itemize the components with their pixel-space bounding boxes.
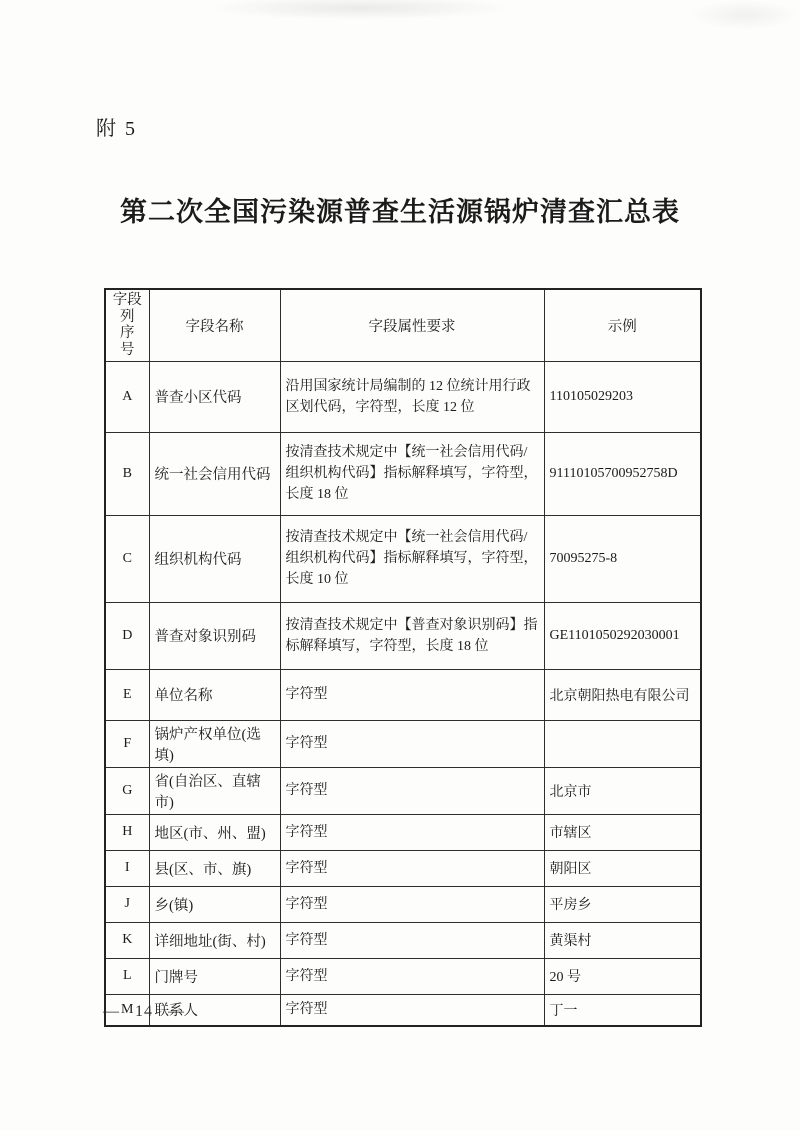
cell-example: 70095275-8: [544, 515, 701, 602]
cell-index: D: [105, 602, 149, 669]
cell-index: I: [105, 850, 149, 886]
table-body: A 普查小区代码 沿用国家统计局编制的 12 位统计用行政区划代码，字符型，长度…: [105, 361, 701, 1026]
cell-field-name: 组织机构代码: [149, 515, 280, 602]
table-row: M 联系人 字符型 丁一: [105, 994, 701, 1026]
table-row: K 详细地址(街、村) 字符型 黄渠村: [105, 922, 701, 958]
scan-artifact: [690, 0, 800, 30]
column-header-field-name: 字段名称: [149, 289, 280, 361]
cell-index: F: [105, 720, 149, 767]
page-number: — 14 —: [103, 1003, 185, 1021]
cell-field-name: 乡(镇): [149, 886, 280, 922]
cell-field-name: 地区(市、州、盟): [149, 814, 280, 850]
cell-field-name: 省(自治区、直辖市): [149, 767, 280, 814]
page-title: 第二次全国污染源普查生活源锅炉清查汇总表: [0, 190, 800, 229]
cell-field-name: 普查小区代码: [149, 361, 280, 432]
table-row: J 乡(镇) 字符型 平房乡: [105, 886, 701, 922]
attachment-label: 附 5: [96, 112, 137, 141]
cell-example: 北京朝阳热电有限公司: [544, 669, 701, 720]
cell-requirement: 字符型: [280, 814, 544, 850]
cell-field-name: 锅炉产权单位(选填): [149, 720, 280, 767]
cell-index: G: [105, 767, 149, 814]
cell-requirement: 字符型: [280, 720, 544, 767]
column-header-field-requirement: 字段属性要求: [280, 289, 544, 361]
cell-example: 110105029203: [544, 361, 701, 432]
cell-requirement: 字符型: [280, 958, 544, 994]
cell-index: K: [105, 922, 149, 958]
column-header-index: 字段列 序 号: [105, 289, 149, 361]
document-page: 附 5 第二次全国污染源普查生活源锅炉清查汇总表 字段列 序 号 字段名称 字段…: [0, 0, 800, 1131]
column-header-index-line2: 序 号: [111, 325, 144, 358]
cell-field-name: 单位名称: [149, 669, 280, 720]
table-row: I 县(区、市、旗) 字符型 朝阳区: [105, 850, 701, 886]
scan-artifact: [205, 0, 515, 20]
cell-field-name: 县(区、市、旗): [149, 850, 280, 886]
table-row: L 门牌号 字符型 20 号: [105, 958, 701, 994]
column-header-example: 示例: [544, 289, 701, 361]
cell-index: H: [105, 814, 149, 850]
cell-example: 市辖区: [544, 814, 701, 850]
column-header-index-line1: 字段列: [111, 292, 144, 325]
cell-requirement: 字符型: [280, 669, 544, 720]
cell-requirement: 按清查技术规定中【统一社会信用代码/组织机构代码】指标解释填写，字符型，长度 1…: [280, 432, 544, 515]
cell-example: 北京市: [544, 767, 701, 814]
cell-example: 黄渠村: [544, 922, 701, 958]
table-header-row: 字段列 序 号 字段名称 字段属性要求 示例: [105, 289, 701, 361]
cell-index: J: [105, 886, 149, 922]
cell-example: 91110105700952758D: [544, 432, 701, 515]
field-definition-table: 字段列 序 号 字段名称 字段属性要求 示例 A 普查小区代码 沿用国家统计局编…: [104, 288, 702, 1027]
cell-field-name: 详细地址(街、村): [149, 922, 280, 958]
table-row: F 锅炉产权单位(选填) 字符型: [105, 720, 701, 767]
table-row: C 组织机构代码 按清查技术规定中【统一社会信用代码/组织机构代码】指标解释填写…: [105, 515, 701, 602]
cell-index: L: [105, 958, 149, 994]
cell-example: [544, 720, 701, 767]
cell-index: A: [105, 361, 149, 432]
cell-example: 朝阳区: [544, 850, 701, 886]
cell-example: 丁一: [544, 994, 701, 1026]
cell-requirement: 沿用国家统计局编制的 12 位统计用行政区划代码，字符型，长度 12 位: [280, 361, 544, 432]
cell-requirement: 按清查技术规定中【统一社会信用代码/组织机构代码】指标解释填写，字符型，长度 1…: [280, 515, 544, 602]
cell-requirement: 字符型: [280, 922, 544, 958]
table-row: E 单位名称 字符型 北京朝阳热电有限公司: [105, 669, 701, 720]
table-row: H 地区(市、州、盟) 字符型 市辖区: [105, 814, 701, 850]
cell-field-name: 门牌号: [149, 958, 280, 994]
cell-index: B: [105, 432, 149, 515]
cell-field-name: 普查对象识别码: [149, 602, 280, 669]
table-header: 字段列 序 号 字段名称 字段属性要求 示例: [105, 289, 701, 361]
cell-requirement: 字符型: [280, 994, 544, 1026]
cell-example: GE1101050292030001: [544, 602, 701, 669]
cell-example: 20 号: [544, 958, 701, 994]
cell-requirement: 字符型: [280, 767, 544, 814]
table-row: G 省(自治区、直辖市) 字符型 北京市: [105, 767, 701, 814]
cell-index: C: [105, 515, 149, 602]
cell-index: E: [105, 669, 149, 720]
cell-requirement: 字符型: [280, 850, 544, 886]
cell-requirement: 字符型: [280, 886, 544, 922]
cell-requirement: 按清查技术规定中【普查对象识别码】指标解释填写，字符型，长度 18 位: [280, 602, 544, 669]
table-row: A 普查小区代码 沿用国家统计局编制的 12 位统计用行政区划代码，字符型，长度…: [105, 361, 701, 432]
cell-field-name: 统一社会信用代码: [149, 432, 280, 515]
table-row: B 统一社会信用代码 按清查技术规定中【统一社会信用代码/组织机构代码】指标解释…: [105, 432, 701, 515]
cell-example: 平房乡: [544, 886, 701, 922]
table-row: D 普查对象识别码 按清查技术规定中【普查对象识别码】指标解释填写，字符型，长度…: [105, 602, 701, 669]
